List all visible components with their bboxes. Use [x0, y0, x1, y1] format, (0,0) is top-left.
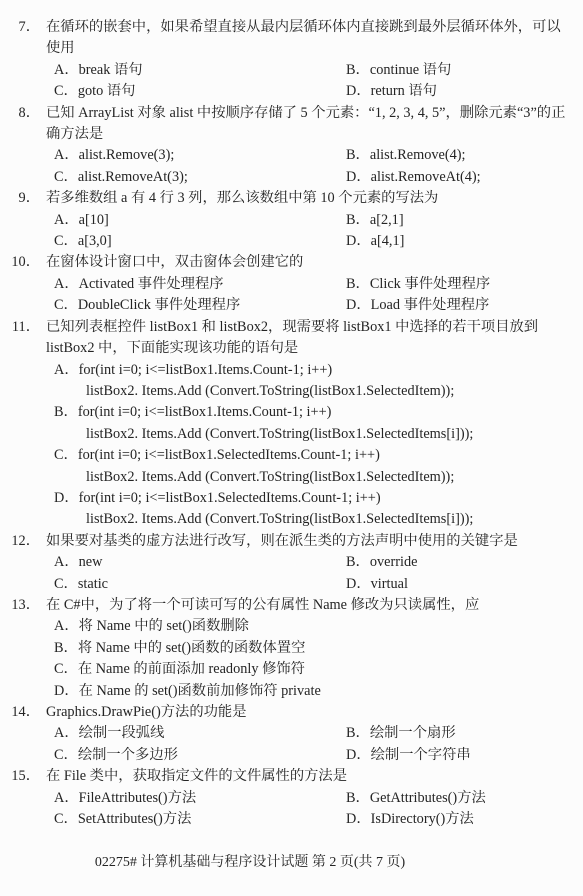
option-text: 绘制一个字符串: [371, 747, 471, 763]
option-a: A．new: [54, 552, 346, 573]
option-label: A．: [54, 274, 79, 295]
option-text: GetAttributes()方法: [370, 790, 486, 806]
option-text: alist.RemoveAt(4);: [371, 169, 481, 185]
option-text: Load 事件处理程序: [371, 297, 490, 313]
option-label: C．: [54, 809, 78, 830]
option-text: 在 Name 的前面添加 readonly 修饰符: [78, 661, 305, 677]
option-a: A．绘制一段弧线: [54, 723, 346, 744]
option-b: B．alist.Remove(4);: [346, 145, 567, 166]
option-b: B．a[2,1]: [346, 210, 567, 231]
option-text: override: [370, 554, 418, 570]
option-code-line: listBox2. Items.Add (Convert.ToString(li…: [54, 509, 567, 530]
question-number: 7．: [0, 17, 40, 38]
option-d: D．alist.RemoveAt(4);: [346, 167, 567, 188]
option-d: D．return 语句: [346, 81, 567, 102]
question-number: 12．: [0, 531, 40, 552]
option-text: goto 语句: [78, 83, 136, 99]
option-text: for(int i=0; i<=listBox1.SelectedItems.C…: [79, 490, 381, 506]
option-label: D．: [346, 167, 371, 188]
option-d: D．Load 事件处理程序: [346, 295, 567, 316]
question-text: 在 File 类中，获取指定文件的文件属性的方法是: [46, 766, 567, 787]
question-number: 9．: [0, 188, 40, 209]
option-text: a[2,1]: [370, 212, 404, 228]
option-label: D．: [346, 231, 371, 252]
question-7: 7． 在循环的嵌套中，如果希望直接从最内层循环体内直接跳到最外层循环体外，可以使…: [0, 17, 567, 103]
option-text: 将 Name 中的 set()函数的函数体置空: [78, 640, 306, 656]
option-text: Click 事件处理程序: [370, 276, 490, 292]
option-c: C．绘制一个多边形: [54, 745, 346, 766]
option-b: B．continue 语句: [346, 60, 567, 81]
question-text: 已知列表框控件 listBox1 和 listBox2，现需要将 listBox…: [46, 317, 567, 360]
option-a: A．break 语句: [54, 60, 346, 81]
option-label: D．: [346, 295, 371, 316]
option-c: C．goto 语句: [54, 81, 346, 102]
option-text: alist.Remove(3);: [79, 147, 175, 163]
option-text: for(int i=0; i<=listBox1.Items.Count-1; …: [78, 404, 332, 420]
question-text: 已知 ArrayList 对象 alist 中按顺序存储了 5 个元素：“1, …: [46, 103, 567, 146]
question-12: 12． 如果要对基类的虚方法进行改写，则在派生类的方法声明中使用的关键字是 A．…: [0, 531, 567, 595]
question-number: 8．: [0, 103, 40, 124]
option-text: new: [79, 554, 103, 570]
question-13: 13． 在 C#中，为了将一个可读可写的公有属性 Name 修改为只读属性，应 …: [0, 595, 567, 702]
option-a: A．a[10]: [54, 210, 346, 231]
option-d: D．绘制一个字符串: [346, 745, 567, 766]
option-text: return 语句: [371, 83, 437, 99]
option-text: 绘制一段弧线: [79, 725, 165, 741]
option-d: D．在 Name 的 set()函数前加修饰符 private: [54, 681, 567, 702]
question-number: 11．: [0, 317, 40, 338]
option-label: B．: [346, 210, 370, 231]
option-label: A．: [54, 723, 79, 744]
question-11: 11． 已知列表框控件 listBox1 和 listBox2，现需要将 lis…: [0, 317, 567, 531]
option-d: D．virtual: [346, 574, 567, 595]
option-label: A．: [54, 552, 79, 573]
option-text: for(int i=0; i<=listBox1.SelectedItems.C…: [78, 447, 380, 463]
option-text: IsDirectory()方法: [371, 811, 474, 827]
question-text: 在循环的嵌套中，如果希望直接从最内层循环体内直接跳到最外层循环体外，可以使用: [46, 17, 567, 60]
option-label: A．: [54, 145, 79, 166]
option-label: A．: [54, 360, 79, 381]
option-a: A．for(int i=0; i<=listBox1.Items.Count-1…: [54, 360, 567, 381]
option-label: C．: [54, 167, 78, 188]
option-text: 在 Name 的 set()函数前加修饰符 private: [79, 683, 321, 699]
option-text: DoubleClick 事件处理程序: [78, 297, 240, 313]
option-label: A．: [54, 60, 79, 81]
option-a: A．FileAttributes()方法: [54, 788, 346, 809]
option-label: D．: [54, 681, 79, 702]
option-a: A．将 Name 中的 set()函数删除: [54, 616, 567, 637]
option-label: B．: [346, 552, 370, 573]
option-b: B．GetAttributes()方法: [346, 788, 567, 809]
option-text: static: [78, 576, 108, 592]
option-c: C．在 Name 的前面添加 readonly 修饰符: [54, 659, 567, 680]
option-label: C．: [54, 445, 78, 466]
option-c: C．alist.RemoveAt(3);: [54, 167, 346, 188]
option-code-line: listBox2. Items.Add (Convert.ToString(li…: [54, 424, 567, 445]
option-d: D．for(int i=0; i<=listBox1.SelectedItems…: [54, 488, 567, 509]
option-label: D．: [346, 745, 371, 766]
option-text: alist.RemoveAt(3);: [78, 169, 188, 185]
question-14: 14． Graphics.DrawPie()方法的功能是 A．绘制一段弧线 B．…: [0, 702, 567, 766]
option-label: B．: [346, 723, 370, 744]
option-a: A．alist.Remove(3);: [54, 145, 346, 166]
option-text: 将 Name 中的 set()函数删除: [79, 618, 249, 634]
option-c: C．a[3,0]: [54, 231, 346, 252]
option-text: 绘制一个扇形: [370, 725, 456, 741]
option-code-line: listBox2. Items.Add (Convert.ToString(li…: [54, 467, 567, 488]
option-text: a[10]: [79, 212, 109, 228]
option-label: C．: [54, 745, 78, 766]
question-number: 14．: [0, 702, 40, 723]
option-label: A．: [54, 788, 79, 809]
option-c: C．static: [54, 574, 346, 595]
option-b: B．override: [346, 552, 567, 573]
option-label: B．: [346, 788, 370, 809]
option-a: A．Activated 事件处理程序: [54, 274, 346, 295]
question-15: 15． 在 File 类中，获取指定文件的文件属性的方法是 A．FileAttr…: [0, 766, 567, 830]
option-text: break 语句: [79, 62, 143, 78]
option-b: B．绘制一个扇形: [346, 723, 567, 744]
question-9: 9． 若多维数组 a 有 4 行 3 列，那么该数组中第 10 个元素的写法为 …: [0, 188, 567, 252]
option-label: B．: [54, 638, 78, 659]
option-text: alist.Remove(4);: [370, 147, 466, 163]
option-label: B．: [346, 145, 370, 166]
option-d: D．IsDirectory()方法: [346, 809, 567, 830]
option-text: FileAttributes()方法: [79, 790, 197, 806]
option-label: D．: [346, 81, 371, 102]
option-b: B．Click 事件处理程序: [346, 274, 567, 295]
option-text: a[3,0]: [78, 233, 112, 249]
option-b: B．将 Name 中的 set()函数的函数体置空: [54, 638, 567, 659]
page-footer: 02275# 计算机基础与程序设计试题 第 2 页(共 7 页): [0, 852, 500, 873]
option-label: A．: [54, 210, 79, 231]
option-code-line: listBox2. Items.Add (Convert.ToString(li…: [54, 381, 567, 402]
option-text: SetAttributes()方法: [78, 811, 192, 827]
option-label: D．: [346, 574, 371, 595]
option-label: B．: [54, 402, 78, 423]
question-8: 8． 已知 ArrayList 对象 alist 中按顺序存储了 5 个元素：“…: [0, 103, 567, 189]
option-text: a[4,1]: [371, 233, 405, 249]
option-label: D．: [346, 809, 371, 830]
question-text: 若多维数组 a 有 4 行 3 列，那么该数组中第 10 个元素的写法为: [46, 188, 567, 209]
question-number: 13．: [0, 595, 40, 616]
option-text: virtual: [371, 576, 408, 592]
option-label: D．: [54, 488, 79, 509]
option-label: C．: [54, 81, 78, 102]
question-10: 10． 在窗体设计窗口中，双击窗体会创建它的 A．Activated 事件处理程…: [0, 252, 567, 316]
option-c: C．for(int i=0; i<=listBox1.SelectedItems…: [54, 445, 567, 466]
question-text: 如果要对基类的虚方法进行改写，则在派生类的方法声明中使用的关键字是: [46, 531, 567, 552]
option-label: B．: [346, 60, 370, 81]
option-text: Activated 事件处理程序: [79, 276, 224, 292]
question-number: 15．: [0, 766, 40, 787]
option-c: C．SetAttributes()方法: [54, 809, 346, 830]
option-text: for(int i=0; i<=listBox1.Items.Count-1; …: [79, 362, 333, 378]
option-text: 绘制一个多边形: [78, 747, 178, 763]
option-label: C．: [54, 574, 78, 595]
option-label: C．: [54, 295, 78, 316]
option-text: continue 语句: [370, 62, 451, 78]
option-b: B．for(int i=0; i<=listBox1.Items.Count-1…: [54, 402, 567, 423]
question-text: Graphics.DrawPie()方法的功能是: [46, 702, 567, 723]
question-text: 在 C#中，为了将一个可读可写的公有属性 Name 修改为只读属性，应: [46, 595, 567, 616]
option-c: C．DoubleClick 事件处理程序: [54, 295, 346, 316]
question-number: 10．: [0, 252, 40, 273]
option-label: C．: [54, 231, 78, 252]
option-label: A．: [54, 616, 79, 637]
option-label: B．: [346, 274, 370, 295]
option-d: D．a[4,1]: [346, 231, 567, 252]
option-label: C．: [54, 659, 78, 680]
exam-page: 7． 在循环的嵌套中，如果希望直接从最内层循环体内直接跳到最外层循环体外，可以使…: [0, 0, 583, 874]
question-text: 在窗体设计窗口中，双击窗体会创建它的: [46, 252, 567, 273]
